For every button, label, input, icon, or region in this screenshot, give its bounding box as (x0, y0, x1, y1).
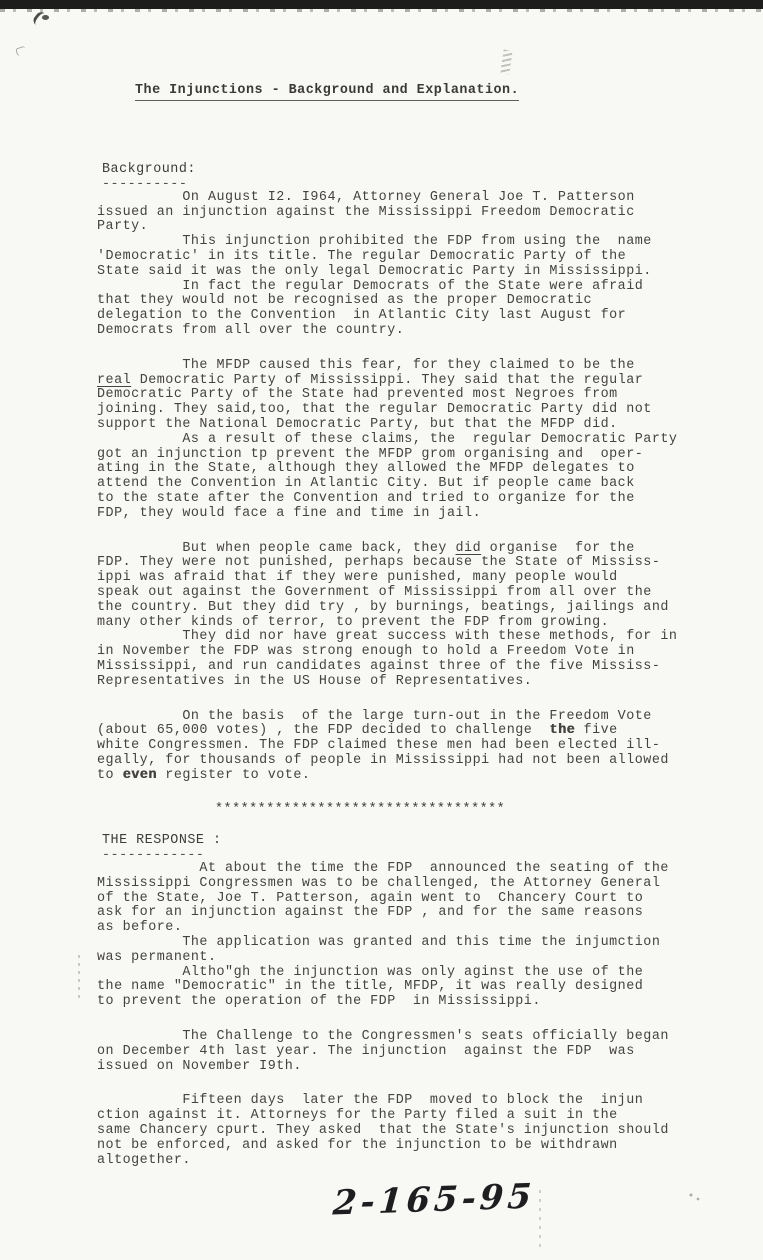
text-line: Representatives in the US House of Repre… (97, 675, 737, 690)
section-background: Background:---------- On August I2. I964… (97, 163, 737, 818)
text-line: At about the time the FDP announced the … (97, 862, 737, 877)
text-line: State said it was the only legal Democra… (97, 265, 737, 280)
text-line: that they would not be recognised as the… (97, 294, 737, 309)
text-line: On the basis of the large turn-out in th… (97, 710, 737, 725)
scan-artifact-corner-specks (688, 1192, 702, 1202)
paragraph: The MFDP caused this fear, for they clai… (97, 359, 737, 522)
text-line: (about 65,000 votes) , the FDP decided t… (97, 724, 737, 739)
text-line: 'Democratic' in its title. The regular D… (97, 250, 737, 265)
text-line: issued an injunction against the Mississ… (97, 206, 737, 221)
text-line: issued on November I9th. (97, 1060, 737, 1075)
text-line: to the state after the Convention and tr… (97, 492, 737, 507)
text-line: got an injunction tp prevent the MFDP gr… (97, 448, 737, 463)
text-line: The MFDP caused this fear, for they clai… (97, 359, 737, 374)
text-line: FDP. They were not punished, perhaps bec… (97, 556, 737, 571)
text-line: speak out against the Government of Miss… (97, 586, 737, 601)
text-line: attend the Convention in Atlantic City. … (97, 477, 737, 492)
text-line: ating in the State, although they allowe… (97, 462, 737, 477)
paragraph: Fifteen days later the FDP moved to bloc… (97, 1094, 737, 1168)
text-line: egally, for thousands of people in Missi… (97, 754, 737, 769)
text-line: The application was granted and this tim… (97, 936, 737, 951)
scan-artifact-smudge-above-title (500, 49, 512, 74)
text-line: The Challenge to the Congressmen's seats… (97, 1030, 737, 1045)
text-line: the country. But they did try , by burni… (97, 601, 737, 616)
text-line: to even register to vote. (97, 769, 737, 784)
text-line: of the State, Joe T. Patterson, again we… (97, 892, 737, 907)
text-line: Democratic Party of the State had preven… (97, 388, 737, 403)
section-response: THE RESPONSE :------------ At about the … (97, 834, 737, 1168)
scanned-document-page: The Injunctions - Background and Explana… (0, 0, 763, 1260)
scan-edge-band (0, 0, 763, 9)
paragraph: The Challenge to the Congressmen's seats… (97, 1030, 737, 1074)
text-line: ippi was afraid that if they were punish… (97, 571, 737, 586)
scan-edge-speckle (0, 9, 763, 12)
document-title: The Injunctions - Background and Explana… (135, 83, 519, 101)
text-line: as before. (97, 921, 737, 936)
text-line: white Congressmen. The FDP claimed these… (97, 739, 737, 754)
text-line: As a result of these claims, the regular… (97, 433, 737, 448)
document-body: The Injunctions - Background and Explana… (97, 80, 737, 1188)
text-line: support the National Democratic Party, b… (97, 418, 737, 433)
text-line: same Chancery cpurt. They asked that the… (97, 1124, 737, 1139)
text-line: ction against it. Attorneys for the Part… (97, 1109, 737, 1124)
text-line: to prevent the operation of the FDP in M… (97, 995, 737, 1010)
text-line: FDP, they would face a fine and time in … (97, 507, 737, 522)
paragraph: At about the time the FDP announced the … (97, 862, 737, 1010)
text-line: was permanent. (97, 951, 737, 966)
text-line: This injunction prohibited the FDP from … (97, 235, 737, 250)
text-line: altogether. (97, 1154, 737, 1169)
text-line: They did nor have great success with the… (97, 630, 737, 645)
paragraph: On August I2. I964, Attorney General Joe… (97, 191, 737, 339)
paragraph: But when people came back, they did orga… (97, 542, 737, 690)
asterisk-separator: ********************************** (215, 803, 737, 818)
scan-artifact-left-margin-dots (78, 955, 80, 1001)
text-line: in November the FDP was strong enough to… (97, 645, 737, 660)
scan-artifact-fold-line (539, 1190, 541, 1248)
text-line: Mississippi Congressmen was to be challe… (97, 877, 737, 892)
text-line: In fact the regular Democrats of the Sta… (97, 280, 737, 295)
text-line: Party. (97, 220, 737, 235)
text-line: real Democratic Party of Mississippi. Th… (97, 374, 737, 389)
paragraph: On the basis of the large turn-out in th… (97, 710, 737, 784)
scan-artifact-pencil-mark (15, 46, 27, 57)
text-line: delegation to the Convention in Atlantic… (97, 309, 737, 324)
text-line: On August I2. I964, Attorney General Joe… (97, 191, 737, 206)
section-heading-background: Background: (102, 163, 737, 178)
text-line: Fifteen days later the FDP moved to bloc… (97, 1094, 737, 1109)
section-heading-underline: ---------- (102, 178, 737, 191)
text-line: joining. They said,too, that the regular… (97, 403, 737, 418)
text-line: Mississippi, and run candidates against … (97, 660, 737, 675)
text-line: on December 4th last year. The injunctio… (97, 1045, 737, 1060)
text-line: not be enforced, and asked for the injun… (97, 1139, 737, 1154)
text-line: the name "Democratic" in the title, MFDP… (97, 980, 737, 995)
scan-artifact-ink-smudge (31, 10, 53, 32)
text-line: Altho"gh the injunction was only aginst … (97, 966, 737, 981)
text-line: many other kinds of terror, to prevent t… (97, 616, 737, 631)
text-line: Democrats from all over the country. (97, 324, 737, 339)
document-sections: Background:---------- On August I2. I964… (97, 163, 737, 1168)
text-line: ask for an injunction against the FDP , … (97, 906, 737, 921)
handwritten-reference-number: 2-165-95 (332, 1176, 537, 1223)
text-line: But when people came back, they did orga… (97, 542, 737, 557)
section-heading-response: THE RESPONSE : (102, 834, 737, 849)
scan-artifact-ink-dot (42, 15, 49, 20)
